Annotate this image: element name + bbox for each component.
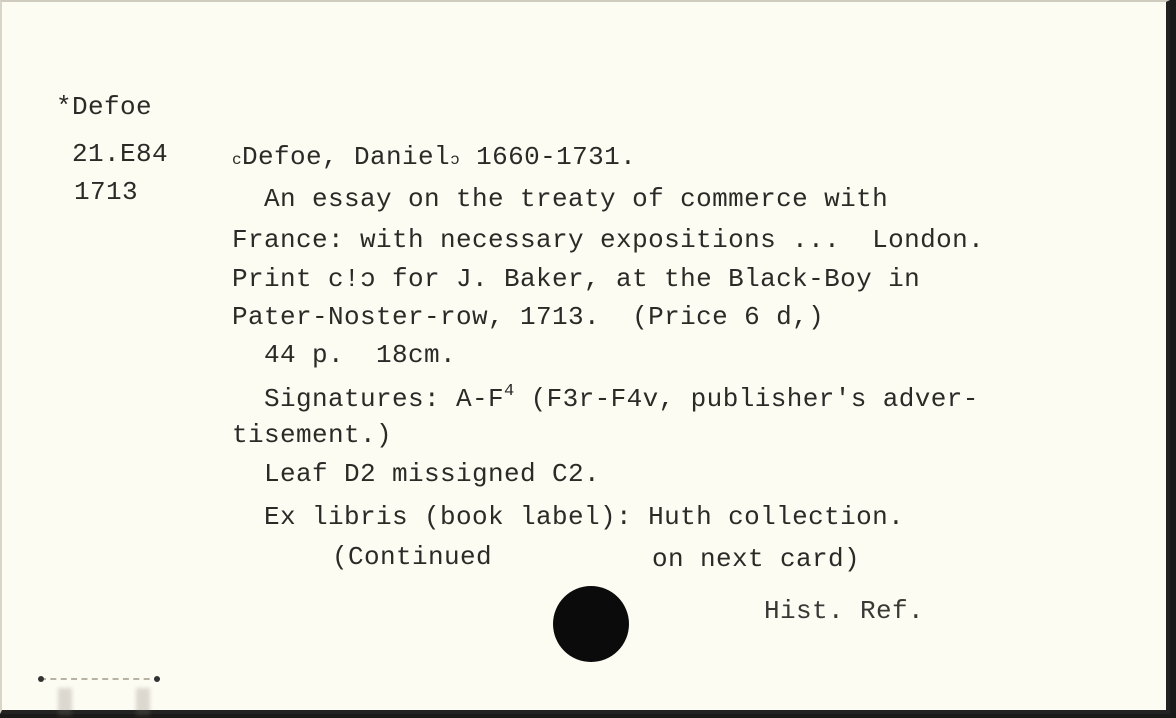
- note-leaf: Leaf D2 missigned C2.: [232, 459, 600, 489]
- note-ex-libris: Ex libris (book label): Huth collection.: [232, 502, 904, 532]
- signatures-note: Signatures: A-F4 (F3r-F4v, publisher's a…: [232, 384, 979, 418]
- collation: 44 p. 18cm.: [232, 340, 456, 370]
- signatures-suffix: (F3r-F4v, publisher's adver-: [515, 384, 979, 414]
- title-line-2: France: with necessary expositions ... L…: [232, 225, 984, 255]
- location-label: Hist. Ref.: [764, 596, 924, 626]
- call-number-collection: *Defoe: [56, 92, 152, 122]
- call-number-year: 1713: [74, 177, 138, 207]
- author-heading: cDefoe, Danielɔ 1660-1731.: [232, 142, 636, 175]
- catalog-card: *Defoe 21.E84 1713 cDefoe, Danielɔ 1660-…: [0, 0, 1170, 714]
- bracket-close: ɔ: [450, 151, 460, 169]
- stamp-dot-left: [38, 676, 44, 682]
- stamp-dot-right: [154, 676, 160, 682]
- bracket-open: c: [232, 151, 242, 169]
- continued-left: (Continued: [332, 542, 492, 572]
- signatures-superscript: 4: [504, 382, 515, 401]
- signatures-continuation: tisement.): [232, 420, 392, 450]
- author-dates: 1660-1731.: [460, 142, 636, 172]
- call-number-class: 21.E84: [72, 139, 168, 169]
- title-line-1: An essay on the treaty of commerce with: [232, 184, 888, 214]
- smudge-right: [136, 688, 150, 716]
- imprint-line-2: Pater-Noster-row, 1713. (Price 6 d,): [232, 302, 824, 332]
- signatures-prefix: Signatures: A-F: [232, 384, 504, 414]
- continued-right: on next card): [652, 544, 860, 574]
- author-name: Defoe, Daniel: [242, 142, 450, 172]
- punch-hole: [553, 586, 629, 662]
- stamp-mark: [40, 678, 160, 684]
- smudge-left: [58, 688, 72, 716]
- imprint-line-1: Print c!ɔ for J. Baker, at the Black-Boy…: [232, 264, 920, 294]
